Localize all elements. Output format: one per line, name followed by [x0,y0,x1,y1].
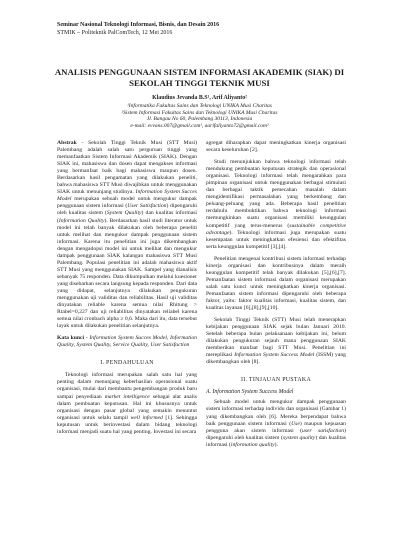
section-heading-tinjauan-pustaka: II. TINJAUAN PUSTAKA [206,377,346,383]
subsection-heading-a: A. Information System Success Model [206,389,346,395]
intro-paragraph-2: Studi menunjukkan bahwa teknologi inform… [206,159,346,251]
author-block: Klaudius Jevanda B.S¹, Arif Aliyanto² ¹I… [0,95,399,129]
two-column-body: Abstrak - Sekolah Tinggi Teknik Musi (ST… [57,140,346,454]
author-names: Klaudius Jevanda B.S¹, Arif Aliyanto² [0,95,399,102]
abstract-paragraph: Abstrak - Sekolah Tinggi Teknik Musi (ST… [57,140,197,330]
paper-page: Seminar Nasional Teknologi Informasi, Bi… [0,0,399,549]
issm-paragraph: Sebuah model untuk mengukur dampak pengg… [206,399,346,448]
intro-paragraph-3: Penelitian mengenai kontribusi sistem in… [206,256,346,312]
intro-paragraph-1: Teknologi informasi merupakan salah satu… [57,372,197,435]
conference-name: Seminar Nasional Teknologi Informasi, Bi… [57,22,363,30]
intro-paragraph-4: Sekolah Tinggi Teknik (STT) Musi telah m… [206,317,346,366]
left-column: Abstrak - Sekolah Tinggi Teknik Musi (ST… [57,140,197,454]
page-header: Seminar Nasional Teknologi Informasi, Bi… [57,22,363,37]
paper-title: ANALISIS PENGGUNAAN SISTEM INFORMASI AKA… [48,67,351,89]
section-heading-pendahuluan: I. PENDAHULUAN [57,360,197,366]
email-line: e-mail: evvans.007@gmail.com¹, aarifaliy… [0,123,399,130]
continuation-paragraph: agregat diharapkan dapat meningkatkan ki… [206,140,346,154]
keywords-paragraph: Kata kunci - Information System Succes M… [57,335,197,349]
conference-venue-date: STMIK – Politeknik PalComTech, 12 Mei 20… [57,30,363,38]
right-column: agregat diharapkan dapat meningkatkan ki… [206,140,346,454]
